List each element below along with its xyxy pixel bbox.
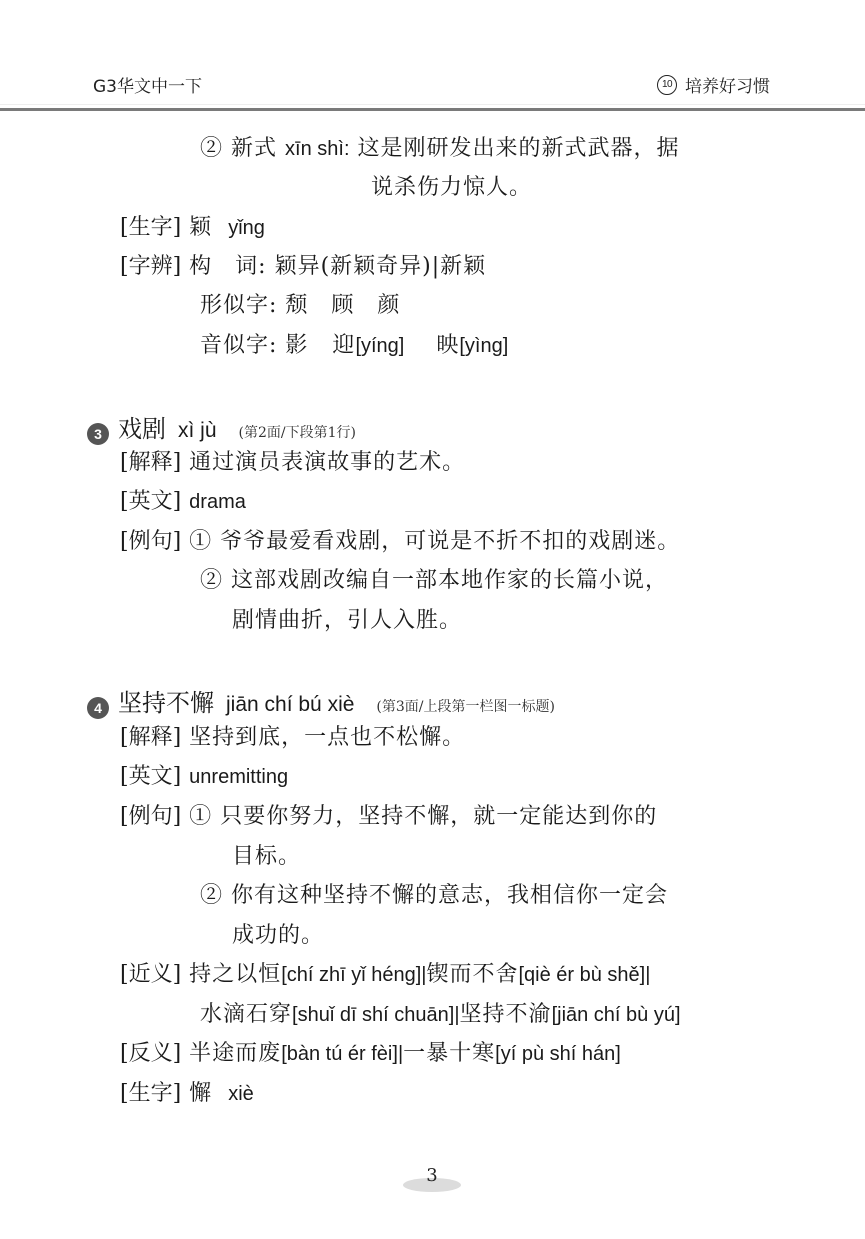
synonyms-label: [近义] bbox=[120, 962, 181, 987]
similar-shape-row: 形似字: 颓 顾 颜 bbox=[200, 291, 400, 321]
synonym-pinyin: [jiān chí bù yú] bbox=[552, 1004, 681, 1026]
explanation-text: 坚持到底，一点也不松懈。 bbox=[189, 725, 465, 750]
example-text: 爷爷最爱看戏剧，可说是不折不扣的戏剧迷。 bbox=[220, 529, 680, 554]
explanation-label: [解释] bbox=[120, 450, 181, 475]
antonym-pinyin: [bàn tú ér fèi] bbox=[281, 1043, 398, 1065]
page-header: G3华文中一下 10 培养好习惯 bbox=[0, 0, 865, 112]
similar-sound-char: 迎 bbox=[332, 333, 355, 358]
page-number: 3 bbox=[403, 1165, 461, 1186]
example-marker: ① bbox=[189, 804, 212, 829]
synonym-pinyin: [chí zhī yǐ héng] bbox=[281, 964, 421, 986]
entry-4-example-2: ② 你有这种坚持不懈的意志，我相信你一定会 bbox=[200, 881, 668, 911]
lesson-title: 培养好习惯 bbox=[685, 72, 770, 97]
similar-shape-label: 形似字: bbox=[200, 293, 277, 318]
header-divider bbox=[0, 108, 865, 111]
continued-example-2: ② 新式 xīn shì: 这是刚研发出来的新式武器，据 bbox=[200, 134, 680, 164]
similar-sound-char: 映 bbox=[436, 333, 459, 358]
synonym-pinyin: [qiè ér bù shě] bbox=[518, 964, 645, 986]
synonym-word: 水滴石穿 bbox=[200, 1002, 292, 1027]
example-text: 这部戏剧改编自一部本地作家的长篇小说， bbox=[231, 568, 668, 593]
page-footer: 3 bbox=[403, 1165, 461, 1195]
antonym-word: 半途而废 bbox=[189, 1041, 281, 1066]
entry-4-synonyms-row-1: [近义] 持之以恒[chí zhī yǐ héng]|锲而不舍[qiè ér b… bbox=[120, 960, 650, 990]
entry-4-example-1-line2: 目标。 bbox=[232, 842, 301, 872]
examples-label: [例句] bbox=[120, 804, 181, 829]
lesson-number-circle: 10 bbox=[657, 75, 677, 95]
continued-example-2-line2: 说杀伤力惊人。 bbox=[371, 173, 532, 203]
example-word: 新式 bbox=[231, 136, 277, 161]
example-text: 你有这种坚持不懈的意志，我相信你一定会 bbox=[231, 883, 668, 908]
entry-4-explanation: [解释] 坚持到底，一点也不松懈。 bbox=[120, 723, 465, 753]
similar-sound-pinyin: [yíng] bbox=[355, 335, 404, 357]
example-marker: ① bbox=[189, 529, 212, 554]
new-char: 懈 bbox=[189, 1081, 212, 1106]
examples-label: [例句] bbox=[120, 529, 181, 554]
entry-pinyin: jiān chí bú xiè bbox=[226, 693, 354, 717]
entry-reference: (第2面/下段第1行) bbox=[239, 422, 356, 442]
entry-number-badge: 3 bbox=[87, 423, 109, 445]
english-text: unremitting bbox=[189, 766, 288, 788]
synonym-word: 坚持不渝 bbox=[460, 1002, 552, 1027]
explanation-text: 通过演员表演故事的艺术。 bbox=[189, 450, 465, 475]
entry-4-title: 4 坚持不懈 jiān chí bú xiè (第3面/上段第一栏图一标题) bbox=[87, 683, 555, 718]
similar-sound-char: 影 bbox=[285, 333, 308, 358]
char-analysis-row: [字辨] 构 词: 颖异(新颖奇异)|新颖 bbox=[120, 252, 486, 282]
entry-pinyin: xì jù bbox=[178, 419, 217, 443]
entry-3-english: [英文] drama bbox=[120, 487, 246, 517]
entry-word: 坚持不懈 bbox=[118, 683, 214, 718]
header-divider-light bbox=[0, 104, 865, 105]
synonym-pinyin: [shuǐ dī shí chuān] bbox=[292, 1004, 454, 1026]
similar-sound-label: 音似字: bbox=[200, 333, 277, 358]
entry-3-explanation: [解释] 通过演员表演故事的艺术。 bbox=[120, 448, 465, 478]
example-text: 只要你努力，坚持不懈，就一定能达到你的 bbox=[220, 804, 657, 829]
antonym-word: 一暴十寒 bbox=[403, 1041, 495, 1066]
example-marker: ② bbox=[200, 136, 223, 161]
english-text: drama bbox=[189, 491, 246, 513]
antonym-pinyin: [yí pù shí hán] bbox=[495, 1043, 621, 1065]
new-char-label: [生字] bbox=[120, 215, 181, 240]
entry-word: 戏剧 bbox=[118, 409, 166, 444]
entry-4-antonyms-row: [反义] 半途而废[bàn tú ér fèi]|一暴十寒[yí pù shí … bbox=[120, 1039, 621, 1069]
similar-shape-value: 颓 顾 颜 bbox=[285, 293, 400, 318]
explanation-label: [解释] bbox=[120, 725, 181, 750]
new-char-label: [生字] bbox=[120, 1081, 181, 1106]
synonym-word: 锲而不舍 bbox=[426, 962, 518, 987]
english-label: [英文] bbox=[120, 489, 181, 514]
example-marker: ② bbox=[200, 883, 223, 908]
example-word-pinyin: xīn shì: bbox=[285, 138, 349, 160]
example-sentence: 这是刚研发出来的新式武器，据 bbox=[358, 136, 680, 161]
entry-4-example-2-line2: 成功的。 bbox=[232, 921, 324, 951]
antonyms-label: [反义] bbox=[120, 1041, 181, 1066]
entry-3-title: 3 戏剧 xì jù (第2面/下段第1行) bbox=[87, 409, 356, 444]
example-marker: ② bbox=[200, 568, 223, 593]
char-analysis-label: [字辨] bbox=[120, 254, 181, 279]
book-title: G3华文中一下 bbox=[93, 72, 202, 97]
synonym-word: 持之以恒 bbox=[189, 962, 281, 987]
similar-sound-pinyin: [yìng] bbox=[459, 335, 508, 357]
new-char-row-ying: [生字] 颖 yǐng bbox=[120, 213, 265, 243]
word-building-label: 构 词: bbox=[189, 254, 266, 279]
word-building-value: 颖异(新颖奇异)|新颖 bbox=[275, 254, 487, 279]
entry-4-example-1: [例句] ① 只要你努力，坚持不懈，就一定能达到你的 bbox=[120, 802, 657, 832]
new-char-pinyin: xiè bbox=[228, 1083, 254, 1105]
english-label: [英文] bbox=[120, 764, 181, 789]
entry-4-synonyms-row-2: 水滴石穿[shuǐ dī shí chuān]|坚持不渝[jiān chí bù… bbox=[200, 1000, 681, 1030]
entry-reference: (第3面/上段第一栏图一标题) bbox=[376, 696, 555, 716]
entry-3-example-2: ② 这部戏剧改编自一部本地作家的长篇小说， bbox=[200, 566, 668, 596]
entry-number-badge: 4 bbox=[87, 697, 109, 719]
entry-4-english: [英文] unremitting bbox=[120, 762, 288, 792]
new-char-pinyin: yǐng bbox=[228, 217, 265, 239]
entry-3-example-1: [例句] ① 爷爷最爱看戏剧，可说是不折不扣的戏剧迷。 bbox=[120, 527, 680, 557]
lesson-heading: 10 培养好习惯 bbox=[657, 72, 770, 97]
new-char: 颖 bbox=[189, 215, 212, 240]
entry-3-example-2-line2: 剧情曲折，引人入胜。 bbox=[232, 606, 462, 636]
similar-sound-row: 音似字: 影 迎[yíng] 映[yìng] bbox=[200, 331, 508, 361]
entry-4-new-char-row: [生字] 懈 xiè bbox=[120, 1079, 254, 1109]
